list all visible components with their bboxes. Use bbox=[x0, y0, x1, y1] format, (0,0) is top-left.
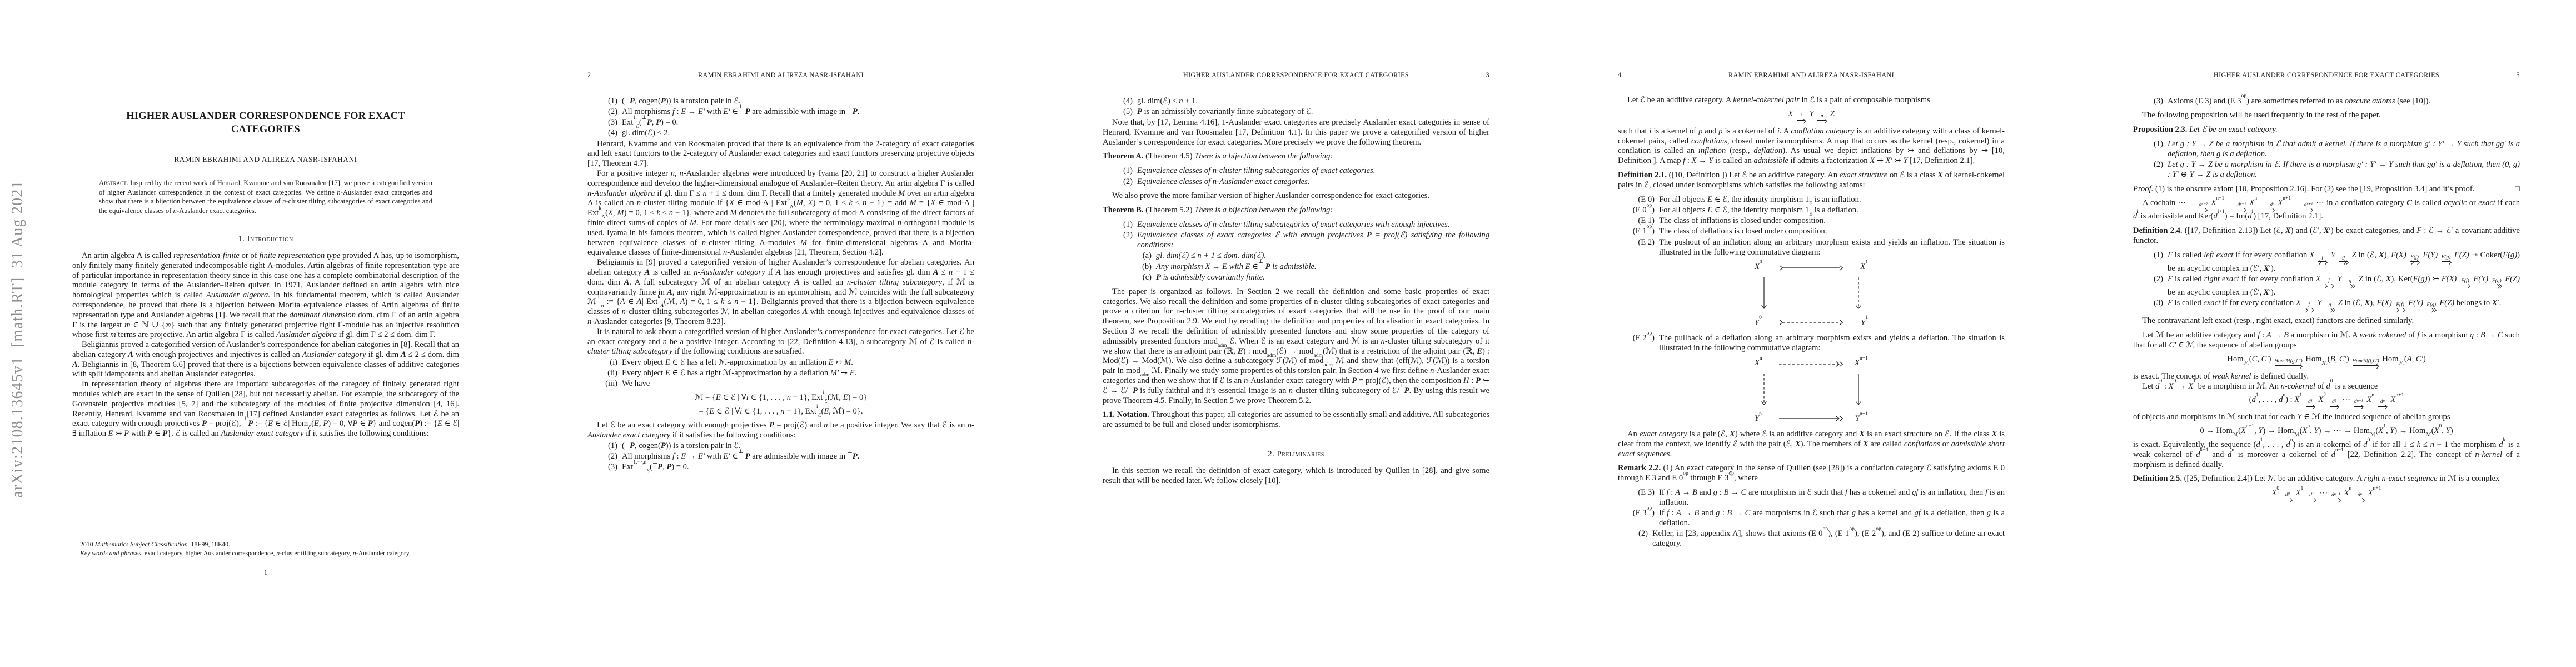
page-5: HIGHER AUSLANDER CORRESPONDENCE FOR EXAC… bbox=[2061, 0, 2576, 667]
page-3-content: (4)gl. dim(ℰ) ≤ n + 1. (5)P is an admiss… bbox=[1103, 96, 1489, 486]
abstract: Abstract. Inspired by the recent work of… bbox=[99, 178, 432, 215]
paragraph: It is natural to ask about a categorifie… bbox=[587, 327, 974, 357]
list-item-label: (1) bbox=[1110, 220, 1133, 230]
list-item-text: Ext1,⋯,nℰ(⊥P, P) = 0. bbox=[622, 462, 974, 472]
list-item-label: (iii) bbox=[595, 379, 617, 389]
diagram-node: Yn+1 bbox=[1855, 414, 1868, 424]
diagram-node: Yn bbox=[1755, 414, 1762, 424]
page-5-content: (3)Axioms (E 3) and (E 3op) are sometime… bbox=[2133, 96, 2520, 506]
list-item: (ii)Every object E ∈ ℰ has a right ℳ-app… bbox=[595, 369, 974, 379]
proof-body: (1) is the obscure axiom [10, Propositio… bbox=[2153, 185, 2474, 193]
display-math: Homℳ(C, C′) Homℳ(g,C′) Homℳ(B, C′) Homℳ(… bbox=[2133, 355, 2520, 368]
list-item-label: (2) bbox=[595, 452, 617, 462]
list-item-label: (1) bbox=[2141, 140, 2163, 160]
remark-label: Remark 2.2. bbox=[1618, 464, 1661, 472]
list-item: (2)Let g : Y → Z be a morphism in ℰ. If … bbox=[2141, 160, 2520, 180]
page-3: HIGHER AUSLANDER CORRESPONDENCE FOR EXAC… bbox=[1030, 0, 1546, 667]
footnote-block: 2010 Mathematics Subject Classification.… bbox=[72, 537, 459, 558]
display-math: X0 d⁰ X1 d¹ ⋯ dⁿ⁻¹ Xn dⁿ Xn+1 bbox=[2133, 489, 2520, 502]
definition-2-1-label: Definition 2.1. bbox=[1618, 171, 1667, 180]
list-item-label: (ii) bbox=[595, 369, 617, 379]
list-item-label: (3) bbox=[2141, 298, 2163, 312]
section-heading-preliminaries: 2. Preliminaries bbox=[1103, 449, 1489, 459]
list-item-label: (5) bbox=[1110, 107, 1133, 117]
list-item: (3)Ext1ℰ(⊥P, P) = 0. bbox=[595, 118, 974, 128]
list-item-text: All morphisms f : E → E′ with E′ ∈⊥ P ar… bbox=[622, 107, 974, 117]
list-item-label: (3) bbox=[595, 462, 617, 472]
paragraph: Let ℳ be an additive category and f : A … bbox=[2133, 331, 2520, 351]
induced-morphism-arrow-dashed bbox=[1855, 277, 1862, 312]
list-item-text: gl. dim(ℰ) ≤ 2. bbox=[622, 128, 974, 138]
axiom-text: The pullback of a deflation along an arb… bbox=[1659, 333, 2005, 354]
axiom-item: (E 0)For all objects E ∈ ℰ, the identity… bbox=[1626, 195, 2005, 205]
list-item-label: (1) bbox=[2141, 251, 2163, 274]
axiom-item: (E 3)If f : A → B and g : B → C are morp… bbox=[1626, 488, 2005, 508]
display-math: (d1, . . . , dn) : X1 d¹ X2 d² ⋯ dⁿ⁻¹ Xn… bbox=[2133, 395, 2520, 409]
running-header: 4 RAMIN EBRAHIMI AND ALIREZA NASR-ISFAHA… bbox=[1618, 71, 2005, 79]
list-item: (1)Let g : Y → Z be a morphism in ℰ that… bbox=[2141, 140, 2520, 160]
footnote-keywords: Key words and phrases. exact category, h… bbox=[72, 549, 459, 558]
definition-2-5-body: ([25, Definition 2.4]) Let ℳ be an addit… bbox=[2182, 474, 2499, 483]
paragraph: is exact. Equivalently, the sequence (d1… bbox=[2133, 440, 2520, 470]
axiom-text: For all objects E ∈ ℰ, the identity morp… bbox=[1659, 206, 2005, 216]
diagram-node: X1 bbox=[1860, 262, 1868, 272]
paragraph: In representation theory of algebras the… bbox=[72, 380, 459, 439]
list-item-label: (i) bbox=[595, 358, 617, 368]
running-header: HIGHER AUSLANDER CORRESPONDENCE FOR EXAC… bbox=[2133, 71, 2520, 79]
definition-2-5: Definition 2.5. ([25, Definition 2.4]) L… bbox=[2133, 474, 2520, 484]
list-item-text: F is called right exact if for every con… bbox=[2168, 275, 2520, 298]
list-item: (iii)We have bbox=[595, 379, 974, 389]
list-item-label: (a) bbox=[1137, 251, 1152, 261]
definition-2-1: Definition 2.1. ([10, Definition ]) Let … bbox=[1618, 171, 2005, 191]
paragraph: Let ℰ be an additive category. A kernel-… bbox=[1618, 96, 2005, 106]
axiom-item: (E 1)The class of inflations is closed u… bbox=[1626, 216, 2005, 226]
axiom-label: (E 2) bbox=[1626, 238, 1655, 258]
list-item-label: (b) bbox=[1137, 262, 1152, 272]
list-item-text: Equivalence classes of n-cluster tilting… bbox=[1137, 220, 1489, 230]
proof-label: Proof. bbox=[2133, 185, 2153, 193]
notation-body: Throughout this paper, all categories ar… bbox=[1103, 410, 1489, 429]
axiom-text: For all objects E ∈ ℰ, the identity morp… bbox=[1659, 195, 2005, 205]
paper-title: HIGHER AUSLANDER CORRESPONDENCE FOR EXAC… bbox=[72, 110, 459, 136]
axiom-item: (E 3op)If f : A → B and g : B → C are mo… bbox=[1626, 509, 2005, 529]
list-item-label: (4) bbox=[595, 128, 617, 138]
display-math: = {E ∈ ℰ | ∀i ∈ {1, . . . , n − 1}, Exti… bbox=[587, 407, 974, 417]
page-number: 4 bbox=[1618, 71, 1632, 79]
deflation-arrow-dashed bbox=[1778, 360, 1845, 368]
diagram-node: Y0 bbox=[1755, 318, 1762, 328]
remark-item-1: (1) An exact category in the sense of Qu… bbox=[1618, 464, 2005, 482]
list-item-text: F is called left exact if for every conf… bbox=[2168, 251, 2520, 274]
commutative-diagram-pullback: Xn Xn+1 Yn Yn+1 bbox=[1752, 359, 1870, 424]
axiom-item: (E 2)The pushout of an inflation along a… bbox=[1626, 238, 2005, 258]
proposition-label: Proposition 2.3. bbox=[2133, 125, 2187, 134]
list-item-text: F is called exact if for every conflatio… bbox=[2168, 298, 2520, 312]
axiom-text: The pushout of an inflation along an arb… bbox=[1659, 238, 2005, 258]
list-item-text: Equivalence classes of n-Auslander exact… bbox=[1137, 177, 1489, 187]
running-head-text: RAMIN EBRAHIMI AND ALIREZA NASR-ISFAHANI bbox=[1632, 71, 1990, 79]
paragraph: In this section we recall the definition… bbox=[1103, 466, 1489, 486]
paragraph: Beligiannis in [9] proved a categorified… bbox=[587, 258, 974, 327]
list-item-label: (1) bbox=[595, 441, 617, 451]
list-item-text: Let g : Y → Z be a morphism in ℰ. If the… bbox=[2168, 160, 2520, 180]
list-item-text: Let g : Y → Z be a morphism in ℰ that ad… bbox=[2168, 140, 2520, 160]
paper-spread: arXiv:2108.13645v1 [math.RT] 31 Aug 2021… bbox=[0, 0, 2576, 667]
notation-label: 1.1. Notation. bbox=[1103, 410, 1149, 419]
footnote-msc: 2010 Mathematics Subject Classification.… bbox=[72, 540, 459, 549]
proof: Proof. (1) is the obscure axiom [10, Pro… bbox=[2133, 185, 2520, 195]
paragraph: The following proposition will be used f… bbox=[2133, 111, 2520, 121]
list-item: (1)(⊥P, cogen(P)) is a torsion pair in ℰ… bbox=[595, 97, 974, 107]
list-item: (1)Equivalence classes of n-cluster tilt… bbox=[1110, 220, 1489, 230]
list-item: (4)gl. dim(ℰ) ≤ n + 1. bbox=[1110, 97, 1489, 107]
list-item-label: (2) bbox=[1110, 231, 1133, 251]
paragraph: Let ℰ be an exact category with enough p… bbox=[587, 421, 974, 441]
paragraph: Note that, by [17, Lemma 4.16], 1-Auslan… bbox=[1103, 118, 1489, 147]
paragraph: The paper is organized as follows. In Se… bbox=[1103, 287, 1489, 406]
display-math: ℳ = {E ∈ ℰ | ∀i ∈ {1, . . . , n − 1}, Ex… bbox=[587, 393, 974, 403]
theorem-b-body: (Theorem 5.2) There is a bijection betwe… bbox=[1144, 206, 1333, 215]
theorem-a-body: (Theorem 4.5) There is a bijection betwe… bbox=[1144, 152, 1333, 161]
paragraph: Let d0 : X0 → X1 be a morphism in ℳ. An … bbox=[2133, 382, 2520, 392]
axiom-label: (E 3op) bbox=[1626, 509, 1655, 529]
diagram-node: X0 bbox=[1755, 262, 1762, 272]
page-number: 3 bbox=[1475, 71, 1489, 79]
list-item-label: (3) bbox=[595, 118, 617, 128]
inflation-arrow-dashed bbox=[1778, 318, 1845, 326]
axiom-text: If f : A → B and g : B → C are morphisms… bbox=[1659, 509, 2005, 529]
paragraph: An exact category is a pair (ℰ, X) where… bbox=[1618, 430, 2005, 459]
notation-paragraph: 1.1. Notation. Throughout this paper, al… bbox=[1103, 410, 1489, 430]
list-item-text: P is an admissibly covariantly finite su… bbox=[1137, 107, 1489, 117]
page-2: 2 RAMIN EBRAHIMI AND ALIREZA NASR-ISFAHA… bbox=[515, 0, 1030, 667]
list-item-text: Equivalence classes of n-cluster tilting… bbox=[1137, 166, 1489, 176]
running-head-text: HIGHER AUSLANDER CORRESPONDENCE FOR EXAC… bbox=[2148, 71, 2505, 79]
theorem-a-label: Theorem A. bbox=[1103, 152, 1144, 161]
proposition-body: Let ℰ be an exact category. bbox=[2187, 125, 2277, 134]
induced-morphism-arrow-dashed bbox=[1760, 374, 1768, 408]
list-subitem: (a)gl. dim(ℰ) ≤ n + 1 ≤ dom. dim(ℰ). bbox=[1137, 251, 1489, 261]
list-item: (2)Keller, in [23, appendix A], shows th… bbox=[1626, 529, 2005, 549]
list-item: (2)All morphisms f : E → E′ with E′ ∈⊥ P… bbox=[595, 107, 974, 117]
axiom-text: The class of deflations is closed under … bbox=[1659, 227, 2005, 237]
list-item-label: (2) bbox=[2141, 275, 2163, 298]
theorem-a: Theorem A. (Theorem 4.5) There is a bije… bbox=[1103, 152, 1489, 162]
list-item-label: (c) bbox=[1137, 273, 1152, 283]
paragraph: is exact. The concept of weak kernel is … bbox=[2133, 372, 2520, 382]
axiom-item: (E 0op)For all objects E ∈ ℰ, the identi… bbox=[1626, 206, 2005, 216]
list-item-label: (2) bbox=[1110, 177, 1133, 187]
axiom-text: The class of inflations is closed under … bbox=[1659, 216, 2005, 226]
list-item: (3)Ext1,⋯,nℰ(⊥P, P) = 0. bbox=[595, 462, 974, 472]
axiom-label: (E 0op) bbox=[1626, 206, 1655, 216]
list-item-text: gl. dim(ℰ) ≤ n + 1. bbox=[1137, 97, 1489, 107]
axiom-label: (E 2op) bbox=[1626, 333, 1655, 354]
list-item-label: (1) bbox=[595, 97, 617, 107]
theorem-b: Theorem B. (Theorem 5.2) There is a bije… bbox=[1103, 206, 1489, 216]
page-number: 1 bbox=[72, 568, 459, 577]
paragraph: Henrard, Kvamme and van Roosmalen proved… bbox=[587, 140, 974, 169]
section-heading-introduction: 1. Introduction bbox=[72, 234, 459, 244]
list-item: (5)P is an admissibly covariantly finite… bbox=[1110, 107, 1489, 117]
inflation-arrow bbox=[1778, 264, 1845, 272]
list-item-text: Every object E ∈ ℰ has a right ℳ-approxi… bbox=[622, 369, 974, 379]
list-item: (1)F is called left exact if for every c… bbox=[2141, 251, 2520, 274]
page-number: 2 bbox=[587, 71, 602, 79]
list-item: (1)Equivalence classes of n-cluster tilt… bbox=[1110, 166, 1489, 176]
running-header: 2 RAMIN EBRAHIMI AND ALIREZA NASR-ISFAHA… bbox=[587, 71, 974, 79]
list-item-text: (⊥P, cogen(P)) is a torsion pair in ℰ. bbox=[622, 441, 974, 451]
morphism-arrow bbox=[1855, 374, 1862, 408]
display-math: X i Y p Z bbox=[1618, 109, 2005, 123]
paragraph: We also prove the more familiar version … bbox=[1103, 191, 1489, 201]
list-item-text: Equivalence classes of exact categories … bbox=[1137, 231, 1489, 251]
axiom-text: If f : A → B and g : B → C are morphisms… bbox=[1659, 488, 2005, 508]
footnote-rule bbox=[72, 537, 192, 537]
list-item-label: (2) bbox=[2141, 160, 2163, 180]
running-head-text: HIGHER AUSLANDER CORRESPONDENCE FOR EXAC… bbox=[1117, 71, 1475, 79]
page-number: 5 bbox=[2505, 71, 2520, 79]
list-subitem: (c)P is admissibly covariantly finite. bbox=[1137, 273, 1489, 283]
axiom-label: (E 1op) bbox=[1626, 227, 1655, 237]
page-4: 4 RAMIN EBRAHIMI AND ALIREZA NASR-ISFAHA… bbox=[1546, 0, 2061, 667]
page-2-content: (1)(⊥P, cogen(P)) is a torsion pair in ℰ… bbox=[587, 96, 974, 474]
page-1-content: HIGHER AUSLANDER CORRESPONDENCE FOR EXAC… bbox=[72, 110, 459, 439]
remark-2-2: Remark 2.2. (1) An exact category in the… bbox=[1618, 464, 2005, 484]
definition-2-4-body: ([17, Definition 2.13]) Let (ℰ, X) and (… bbox=[2133, 226, 2520, 245]
paragraph: such that i is a kernel of p and p is a … bbox=[1618, 127, 2005, 166]
paragraph: The contravariant left exact (resp., rig… bbox=[2133, 316, 2520, 326]
paragraph: Beligiannis proved a categorified versio… bbox=[72, 340, 459, 380]
running-head-text: RAMIN EBRAHIMI AND ALIREZA NASR-ISFAHANI bbox=[602, 71, 960, 79]
list-item-text: P is admissibly covariantly finite. bbox=[1156, 273, 1489, 283]
list-item-text: gl. dim(ℰ) ≤ n + 1 ≤ dom. dim(ℰ). bbox=[1156, 251, 1489, 261]
paper-title-line-2: CATEGORIES bbox=[72, 123, 459, 137]
list-item-text: Axioms (E 3) and (E 3op) are sometimes r… bbox=[2168, 97, 2520, 107]
definition-2-5-label: Definition 2.5. bbox=[2133, 474, 2182, 483]
deflation-arrow bbox=[1778, 415, 1845, 422]
diagram-node: Y1 bbox=[1861, 318, 1868, 328]
running-header: HIGHER AUSLANDER CORRESPONDENCE FOR EXAC… bbox=[1103, 71, 1489, 79]
list-item: (2)F is called right exact if for every … bbox=[2141, 275, 2520, 298]
proposition-2-3: Proposition 2.3. Let ℰ be an exact categ… bbox=[2133, 125, 2520, 135]
list-item: (i)Every object E ∈ ℰ has a left ℳ-appro… bbox=[595, 358, 974, 368]
definition-2-4-label: Definition 2.4. bbox=[2133, 226, 2183, 235]
list-item-text: (⊥P, cogen(P)) is a torsion pair in ℰ. bbox=[622, 97, 974, 107]
page-1: arXiv:2108.13645v1 [math.RT] 31 Aug 2021… bbox=[0, 0, 515, 667]
paper-title-line-1: HIGHER AUSLANDER CORRESPONDENCE FOR EXAC… bbox=[72, 110, 459, 123]
list-item-text: Ext1ℰ(⊥P, P) = 0. bbox=[622, 118, 974, 128]
paragraph: For a positive integer n, n-Auslander al… bbox=[587, 169, 974, 258]
list-item-text: Every object E ∈ ℰ has a left ℳ-approxim… bbox=[622, 358, 974, 368]
list-item-text: We have bbox=[622, 379, 974, 389]
paragraph: An artin algebra Λ is called representat… bbox=[72, 251, 459, 340]
list-item-text: Any morphism X → E with E ∈⊥ P is admiss… bbox=[1156, 262, 1489, 272]
list-item: (4)gl. dim(ℰ) ≤ 2. bbox=[595, 128, 974, 138]
qed-symbol: □ bbox=[2515, 185, 2520, 195]
morphism-arrow bbox=[1760, 277, 1768, 312]
list-item-text: Keller, in [23, appendix A], shows that … bbox=[1652, 529, 2005, 549]
definition-2-1-body: ([10, Definition ]) Let ℰ be an additive… bbox=[1618, 171, 2005, 190]
paper-authors: RAMIN EBRAHIMI AND ALIREZA NASR-ISFAHANI bbox=[72, 155, 459, 164]
axiom-item: (E 2op)The pullback of a deflation along… bbox=[1626, 333, 2005, 354]
list-item: (3)Axioms (E 3) and (E 3op) are sometime… bbox=[2141, 97, 2520, 107]
paragraph: of objects and morphisms in ℳ such that … bbox=[2133, 412, 2520, 422]
page-4-content: Let ℰ be an additive category. A kernel-… bbox=[1618, 96, 2005, 550]
arxiv-watermark: arXiv:2108.13645v1 [math.RT] 31 Aug 2021 bbox=[7, 117, 29, 561]
list-item-label: (2) bbox=[595, 107, 617, 117]
list-item: (2)Equivalence classes of exact categori… bbox=[1110, 231, 1489, 251]
list-item: (3)F is called exact if for every confla… bbox=[2141, 298, 2520, 312]
list-item-label: (4) bbox=[1110, 97, 1133, 107]
list-item-label: (1) bbox=[1110, 166, 1133, 176]
diagram-node: Xn bbox=[1755, 359, 1762, 369]
list-item: (1)(⊥P, cogen(P)) is a torsion pair in ℰ… bbox=[595, 441, 974, 451]
commutative-diagram-pushout: X0 X1 Y0 Y1 bbox=[1752, 262, 1870, 328]
list-item-label: (2) bbox=[1626, 529, 1648, 549]
definition-2-4: Definition 2.4. ([17, Definition 2.13]) … bbox=[2133, 226, 2520, 246]
list-item: (2)Equivalence classes of n-Auslander ex… bbox=[1110, 177, 1489, 187]
display-math: 0 → Homℳ(Xn+1, Y) → Homℳ(Xn, Y) → ⋯ → Ho… bbox=[2133, 426, 2520, 436]
list-item-text: All morphisms f : E → E′ with E′ ∈⊥ P ar… bbox=[622, 452, 974, 462]
axiom-item: (E 1op)The class of deflations is closed… bbox=[1626, 227, 2005, 237]
diagram-node: Xn+1 bbox=[1855, 359, 1868, 369]
theorem-b-label: Theorem B. bbox=[1103, 206, 1144, 215]
list-item-label: (3) bbox=[2141, 97, 2163, 107]
paragraph: A cochain ⋯ dⁿ⁻² Xn−1 dⁿ⁻¹ Xn dⁿ Xn+1 dⁿ… bbox=[2133, 198, 2520, 222]
list-subitem: (b)Any morphism X → E with E ∈⊥ P is adm… bbox=[1137, 262, 1489, 272]
